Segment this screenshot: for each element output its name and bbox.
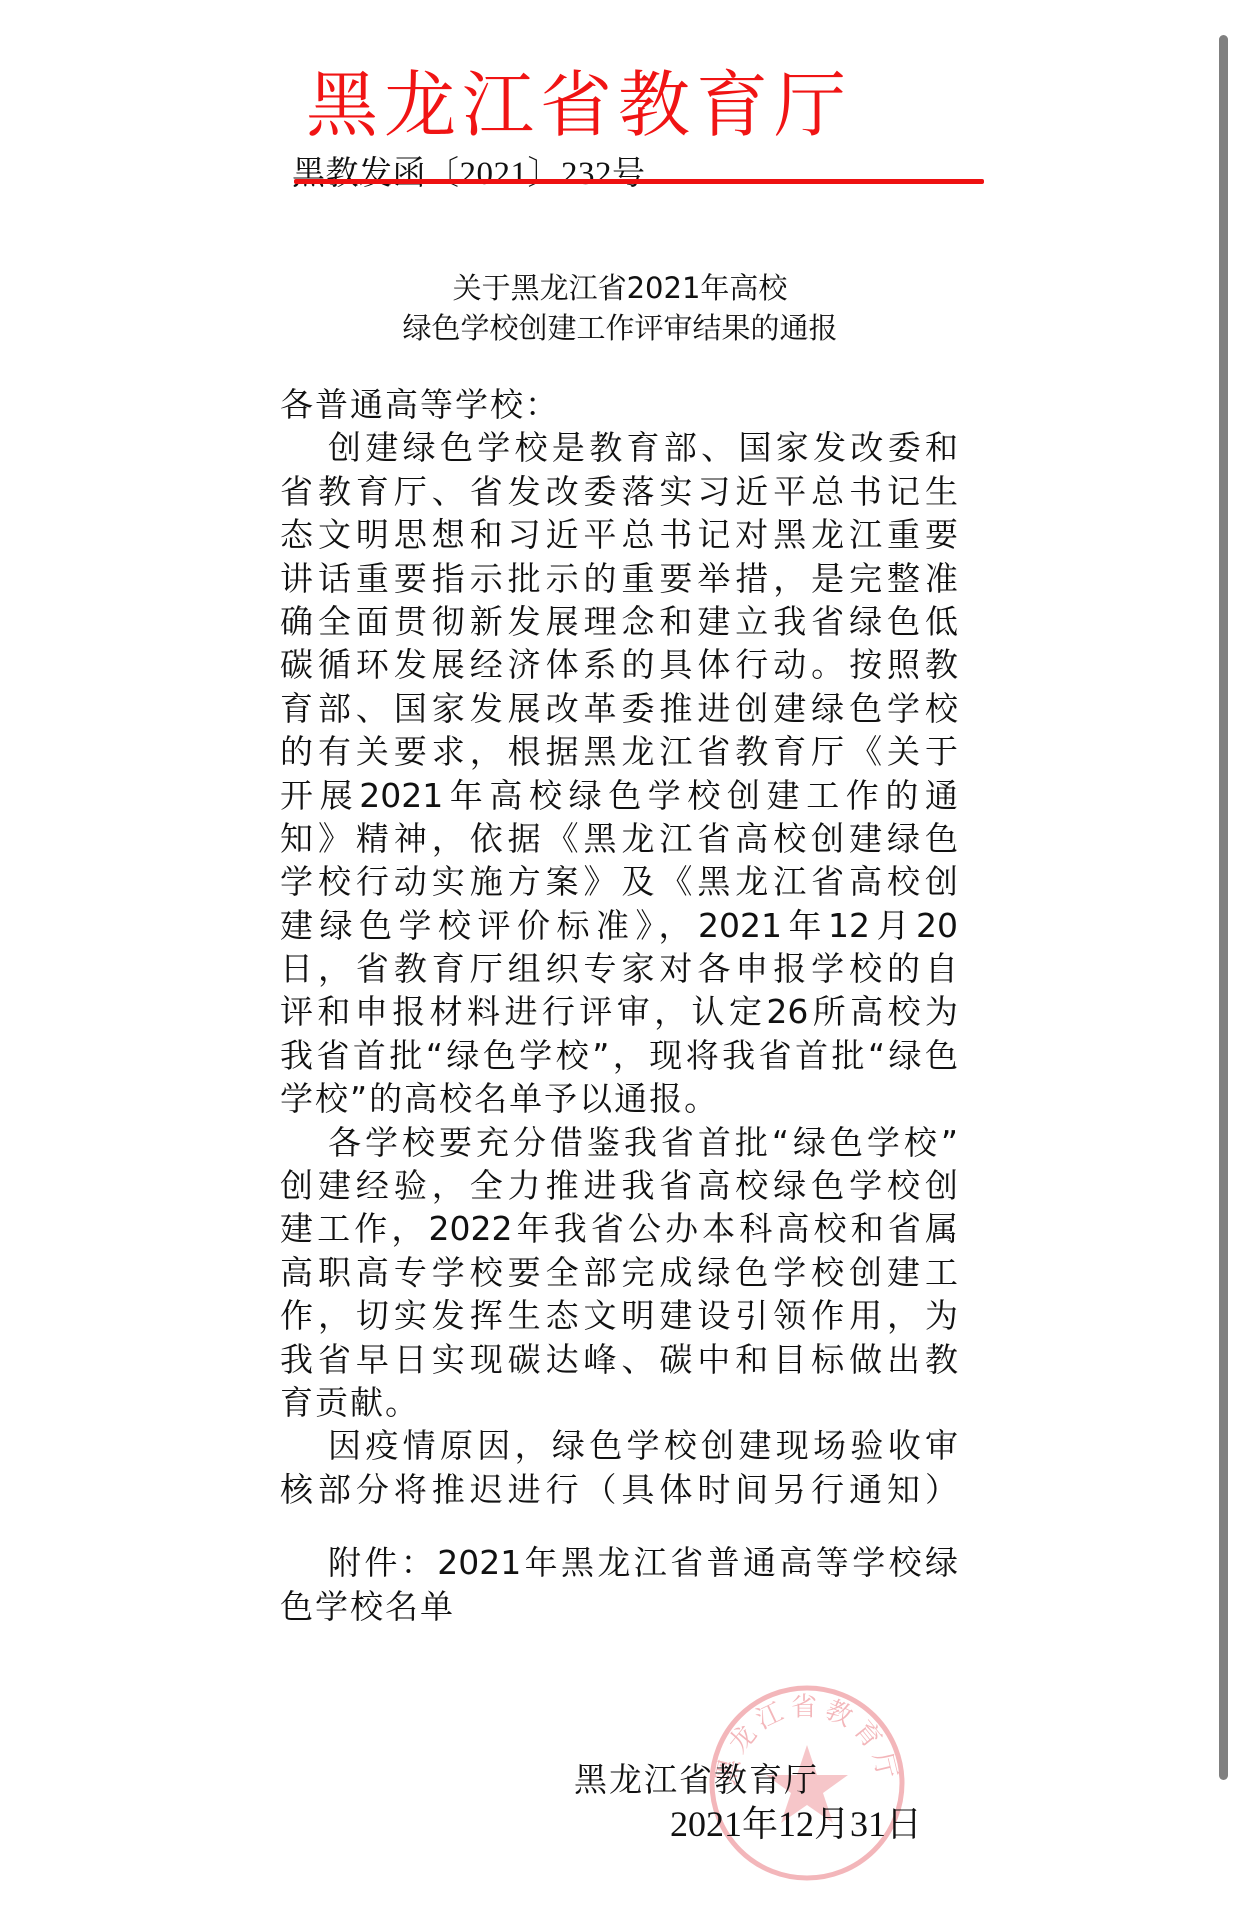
body-line: 建绿色学校评价标准》，2021年12月20: [280, 904, 958, 947]
body-line: 态文明思想和习近平总书记对黑龙江重要: [280, 513, 958, 556]
body-line: 高职高专学校要全部完成绿色学校创建工: [280, 1251, 958, 1294]
body-line: 创建绿色学校是教育部、国家发改委和: [280, 426, 958, 469]
body-line: 作，切实发挥生态文明建设引领作用，为: [280, 1294, 958, 1337]
body-line: 创建经验，全力推进我省高校绿色学校创: [280, 1164, 958, 1207]
attachment-line-1: 附件：2021年黑龙江省普通高等学校绿: [280, 1541, 958, 1584]
body-line: 讲话重要指示批示的重要举措，是完整准: [280, 557, 958, 600]
body-line: 核部分将推迟进行（具体时间另行通知）: [280, 1468, 958, 1511]
body-line: 因疫情原因，绿色学校创建现场验收审: [280, 1424, 958, 1467]
body-line: 日，省教育厅组织专家对各申报学校的自: [280, 947, 958, 990]
red-divider-line: [294, 179, 984, 184]
document-number: 黑教发函〔2021〕232号: [292, 154, 646, 194]
body-line: 我省早日实现碳达峰、碳中和目标做出教: [280, 1338, 958, 1381]
salutation: 各普通高等学校：: [280, 383, 958, 426]
body-line: 各学校要充分借鉴我省首批“绿色学校”: [280, 1121, 958, 1164]
signature-organization: 黑龙江省教育厅: [574, 1760, 819, 1800]
title-line-2: 绿色学校创建工作评审结果的通报: [300, 308, 940, 348]
signature-date: 2021年12月31日: [670, 1804, 922, 1844]
body-line: 碳循环发展经济体系的具体行动。按照教: [280, 643, 958, 686]
document-page: 黑龙江省教育厅 黑教发函〔2021〕232号 关于黑龙江省2021年高校 绿色学…: [0, 0, 1237, 1920]
paragraph-gap: [280, 1511, 958, 1541]
body-line: 建工作，2022年我省公办本科高校和省属: [280, 1207, 958, 1250]
body-line: 确全面贯彻新发展理念和建立我省绿色低: [280, 600, 958, 643]
body-line: 育贡献。: [280, 1381, 958, 1424]
body-line: 学校行动实施方案》及《黑龙江省高校创: [280, 860, 958, 903]
document-body: 各普通高等学校： 创建绿色学校是教育部、国家发改委和 省教育厅、省发改委落实习近…: [280, 383, 958, 1628]
body-line: 的有关要求，根据黑龙江省教育厅《关于: [280, 730, 958, 773]
attachment-line-2: 色学校名单: [280, 1585, 958, 1628]
body-line: 省教育厅、省发改委落实习近平总书记生: [280, 470, 958, 513]
body-line: 我省首批“绿色学校”，现将我省首批“绿色: [280, 1034, 958, 1077]
letterhead-organization: 黑龙江省教育厅: [306, 60, 846, 150]
title-line-1: 关于黑龙江省2021年高校: [300, 268, 940, 308]
body-line: 育部、国家发展改革委推进创建绿色学校: [280, 687, 958, 730]
document-title: 关于黑龙江省2021年高校 绿色学校创建工作评审结果的通报: [300, 268, 940, 348]
body-line: 开展2021年高校绿色学校创建工作的通: [280, 774, 958, 817]
body-line: 学校”的高校名单予以通报。: [280, 1077, 958, 1120]
body-line: 知》精神，依据《黑龙江省高校创建绿色: [280, 817, 958, 860]
vertical-scrollbar[interactable]: [1219, 35, 1228, 1780]
body-line: 评和申报材料进行评审，认定26所高校为: [280, 990, 958, 1033]
